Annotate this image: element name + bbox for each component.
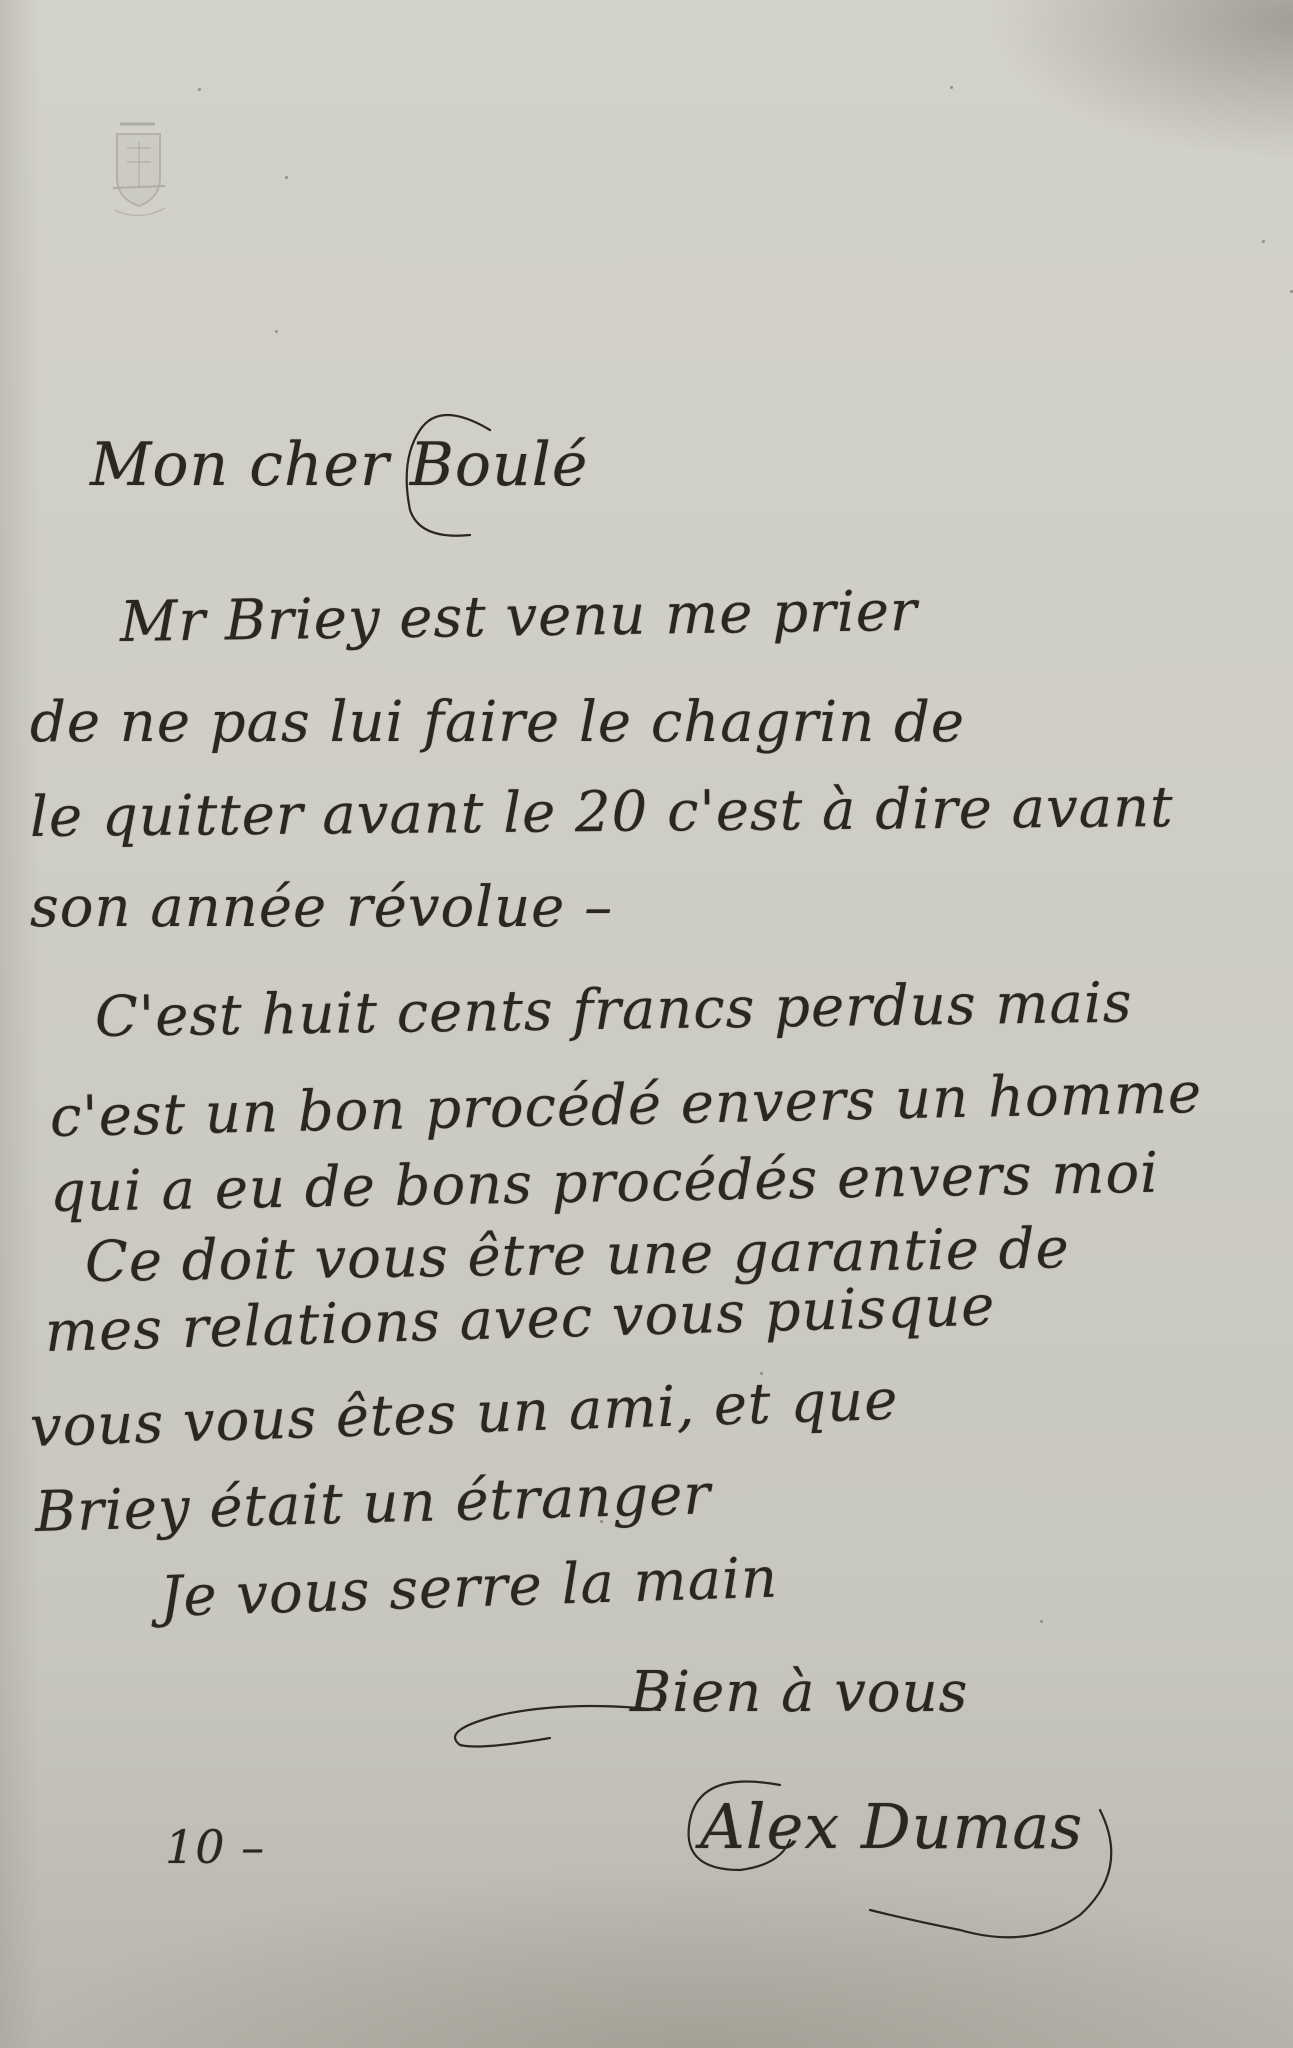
body-line: de ne pas lui faire le chagrin de	[30, 690, 965, 755]
signature: Alex Dumas	[700, 1790, 1083, 1863]
body-line: Mr Briey est venu me prier	[120, 579, 919, 655]
paper-speck	[198, 88, 201, 91]
letter-date: 10 –	[165, 1820, 265, 1874]
body-line: le quitter avant le 20 c'est à dire avan…	[30, 775, 1174, 850]
paper-speck	[1040, 1620, 1043, 1623]
body-line: Briey était un étranger	[34, 1462, 712, 1545]
body-line: vous vous êtes un ami, et que	[29, 1368, 899, 1460]
paper-speck	[285, 176, 288, 179]
body-line: Je vous serre la main	[159, 1546, 779, 1630]
body-line: C'est huit cents francs perdus mais	[95, 971, 1133, 1050]
body-line: qui a eu de bons procédés envers moi	[49, 1141, 1159, 1225]
paper-speck	[1262, 240, 1265, 243]
body-line: c'est un bon procédé envers un homme	[49, 1061, 1202, 1150]
embossed-crest-icon	[95, 118, 185, 228]
closing: Bien à vous	[630, 1660, 968, 1725]
paper-speck	[950, 86, 953, 89]
salutation: Mon cher Boulé	[90, 430, 588, 500]
paper-speck	[275, 330, 278, 333]
body-line: son année révolue –	[30, 875, 613, 940]
letter-sheet: Mon cher Boulé Mr Briey est venu me prie…	[0, 0, 1293, 2048]
